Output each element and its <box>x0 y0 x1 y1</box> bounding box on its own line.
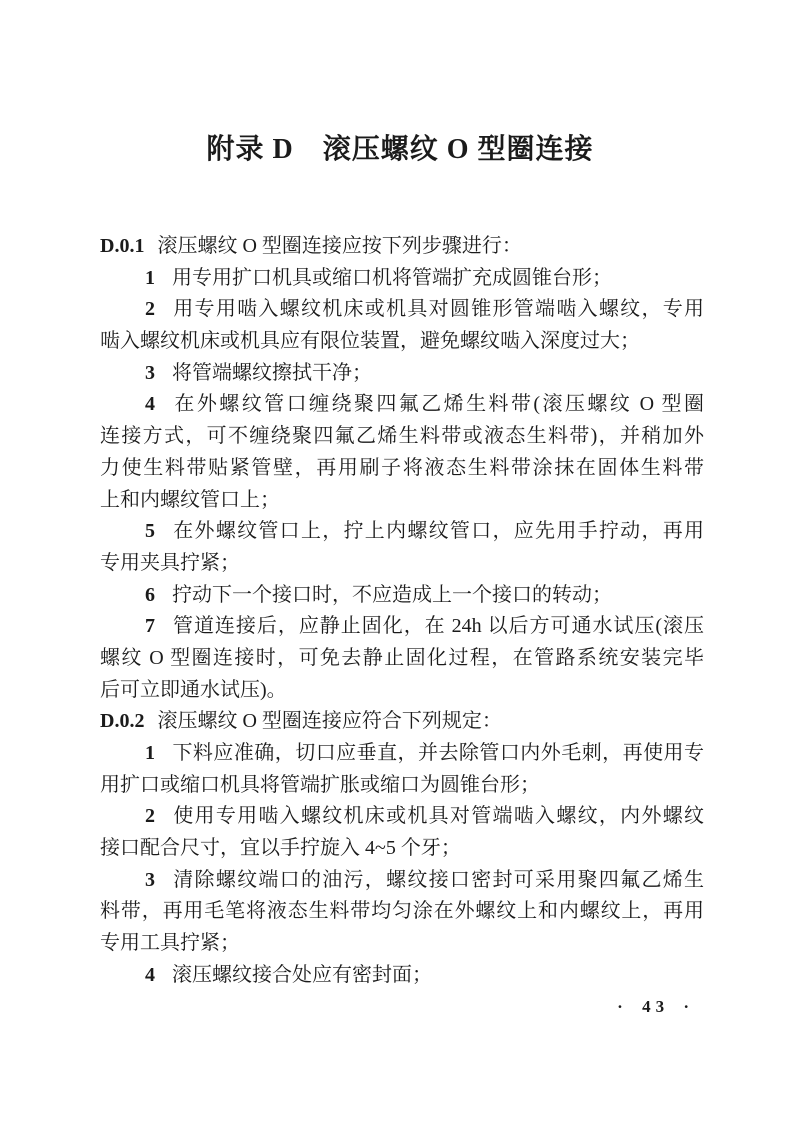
text-line: 7管道连接后，应静止固化，在 24h 以后方可通水试压(滚压 <box>100 611 704 643</box>
line-text: 在外螺纹管口上，拧上内螺纹管口，应先用手拧动，再用 <box>172 520 704 542</box>
text-line: 专用夹具拧紧； <box>100 548 704 580</box>
line-text: 下料应准确，切口应垂直，并去除管口内外毛刺，再使用专 <box>172 742 704 764</box>
document-body: D.0.1滚压螺纹 O 型圈连接应按下列步骤进行：1用专用扩口机具或缩口机将管端… <box>100 231 704 992</box>
text-line: 螺纹 O 型圈连接时，可免去静止固化过程，在管路系统安装完毕 <box>100 643 704 675</box>
page-number-text: · 43 · <box>617 997 694 1016</box>
text-line: 4在外螺纹管口缠绕聚四氟乙烯生料带(滚压螺纹 O 型圈 <box>100 389 704 421</box>
item-number: 1 <box>145 742 155 764</box>
line-text: 滚压螺纹 O 型圈连接应按下列步骤进行： <box>157 235 521 257</box>
item-number: 1 <box>145 267 155 289</box>
text-line: 连接方式，可不缠绕聚四氟乙烯生料带或液态生料带)，并稍加外 <box>100 421 704 453</box>
text-line: 料带，再用毛笔将液态生料带均匀涂在外螺纹上和内螺纹上，再用 <box>100 896 704 928</box>
text-line: 力使生料带贴紧管壁，再用刷子将液态生料带涂抹在固体生料带 <box>100 453 704 485</box>
line-text: 将管端螺纹擦拭干净； <box>172 362 372 384</box>
clause-label: D.0.1 <box>100 235 144 257</box>
text-line: 6拧动下一个接口时，不应造成上一个接口的转动； <box>100 580 704 612</box>
line-text: 料带，再用毛笔将液态生料带均匀涂在外螺纹上和内螺纹上，再用 <box>100 900 704 922</box>
text-line: 专用工具拧紧； <box>100 928 704 960</box>
text-line: 2用专用啮入螺纹机床或机具对圆锥形管端啮入螺纹，专用 <box>100 294 704 326</box>
line-text: 后可立即通水试压)。 <box>100 679 287 701</box>
item-number: 5 <box>145 520 155 542</box>
text-line: 4滚压螺纹接合处应有密封面； <box>100 960 704 992</box>
line-text: 连接方式，可不缠绕聚四氟乙烯生料带或液态生料带)，并稍加外 <box>100 425 704 447</box>
text-line: D.0.1滚压螺纹 O 型圈连接应按下列步骤进行： <box>100 231 704 263</box>
item-number: 2 <box>145 298 155 320</box>
line-text: 用专用扩口机具或缩口机将管端扩充成圆锥台形； <box>172 267 612 289</box>
line-text: 滚压螺纹 O 型圈连接应符合下列规定： <box>157 710 501 732</box>
line-text: 用专用啮入螺纹机床或机具对圆锥形管端啮入螺纹，专用 <box>172 298 704 320</box>
page-title: 附录 D 滚压螺纹 O 型圈连接 <box>0 130 800 170</box>
item-number: 7 <box>145 615 155 637</box>
line-text: 专用工具拧紧； <box>100 932 240 954</box>
text-line: 1用专用扩口机具或缩口机将管端扩充成圆锥台形； <box>100 263 704 295</box>
page-number: · 43 · <box>617 997 694 1017</box>
line-text: 使用专用啮入螺纹机床或机具对管端啮入螺纹，内外螺纹 <box>172 805 704 827</box>
line-text: 上和内螺纹管口上； <box>100 489 280 511</box>
text-line: 上和内螺纹管口上； <box>100 485 704 517</box>
text-line: 5在外螺纹管口上，拧上内螺纹管口，应先用手拧动，再用 <box>100 516 704 548</box>
line-text: 滚压螺纹接合处应有密封面； <box>172 964 432 986</box>
document-page: 附录 D 滚压螺纹 O 型圈连接 D.0.1滚压螺纹 O 型圈连接应按下列步骤进… <box>0 0 800 1142</box>
item-number: 4 <box>145 393 155 415</box>
text-line: 1下料应准确，切口应垂直，并去除管口内外毛刺，再使用专 <box>100 738 704 770</box>
line-text: 力使生料带贴紧管壁，再用刷子将液态生料带涂抹在固体生料带 <box>100 457 704 479</box>
clause-label: D.0.2 <box>100 710 144 732</box>
line-text: 用扩口或缩口机具将管端扩胀或缩口为圆锥台形； <box>100 774 540 796</box>
text-line: D.0.2滚压螺纹 O 型圈连接应符合下列规定： <box>100 706 704 738</box>
line-text: 拧动下一个接口时，不应造成上一个接口的转动； <box>172 584 612 606</box>
text-line: 2使用专用啮入螺纹机床或机具对管端啮入螺纹，内外螺纹 <box>100 801 704 833</box>
text-line: 接口配合尺寸，宜以手拧旋入 4~5 个牙； <box>100 833 704 865</box>
item-number: 3 <box>145 362 155 384</box>
item-number: 3 <box>145 869 155 891</box>
line-text: 啮入螺纹机床或机具应有限位装置，避免螺纹啮入深度过大； <box>100 330 640 352</box>
text-line: 啮入螺纹机床或机具应有限位装置，避免螺纹啮入深度过大； <box>100 326 704 358</box>
item-number: 6 <box>145 584 155 606</box>
line-text: 在外螺纹管口缠绕聚四氟乙烯生料带(滚压螺纹 O 型圈 <box>172 393 704 415</box>
line-text: 专用夹具拧紧； <box>100 552 240 574</box>
text-line: 3将管端螺纹擦拭干净； <box>100 358 704 390</box>
text-line: 用扩口或缩口机具将管端扩胀或缩口为圆锥台形； <box>100 770 704 802</box>
line-text: 清除螺纹端口的油污，螺纹接口密封可采用聚四氟乙烯生 <box>172 869 704 891</box>
text-line: 3清除螺纹端口的油污，螺纹接口密封可采用聚四氟乙烯生 <box>100 865 704 897</box>
line-text: 螺纹 O 型圈连接时，可免去静止固化过程，在管路系统安装完毕 <box>100 647 704 669</box>
line-text: 接口配合尺寸，宜以手拧旋入 4~5 个牙； <box>100 837 461 859</box>
text-line: 后可立即通水试压)。 <box>100 675 704 707</box>
item-number: 4 <box>145 964 155 986</box>
line-text: 管道连接后，应静止固化，在 24h 以后方可通水试压(滚压 <box>172 615 704 637</box>
item-number: 2 <box>145 805 155 827</box>
